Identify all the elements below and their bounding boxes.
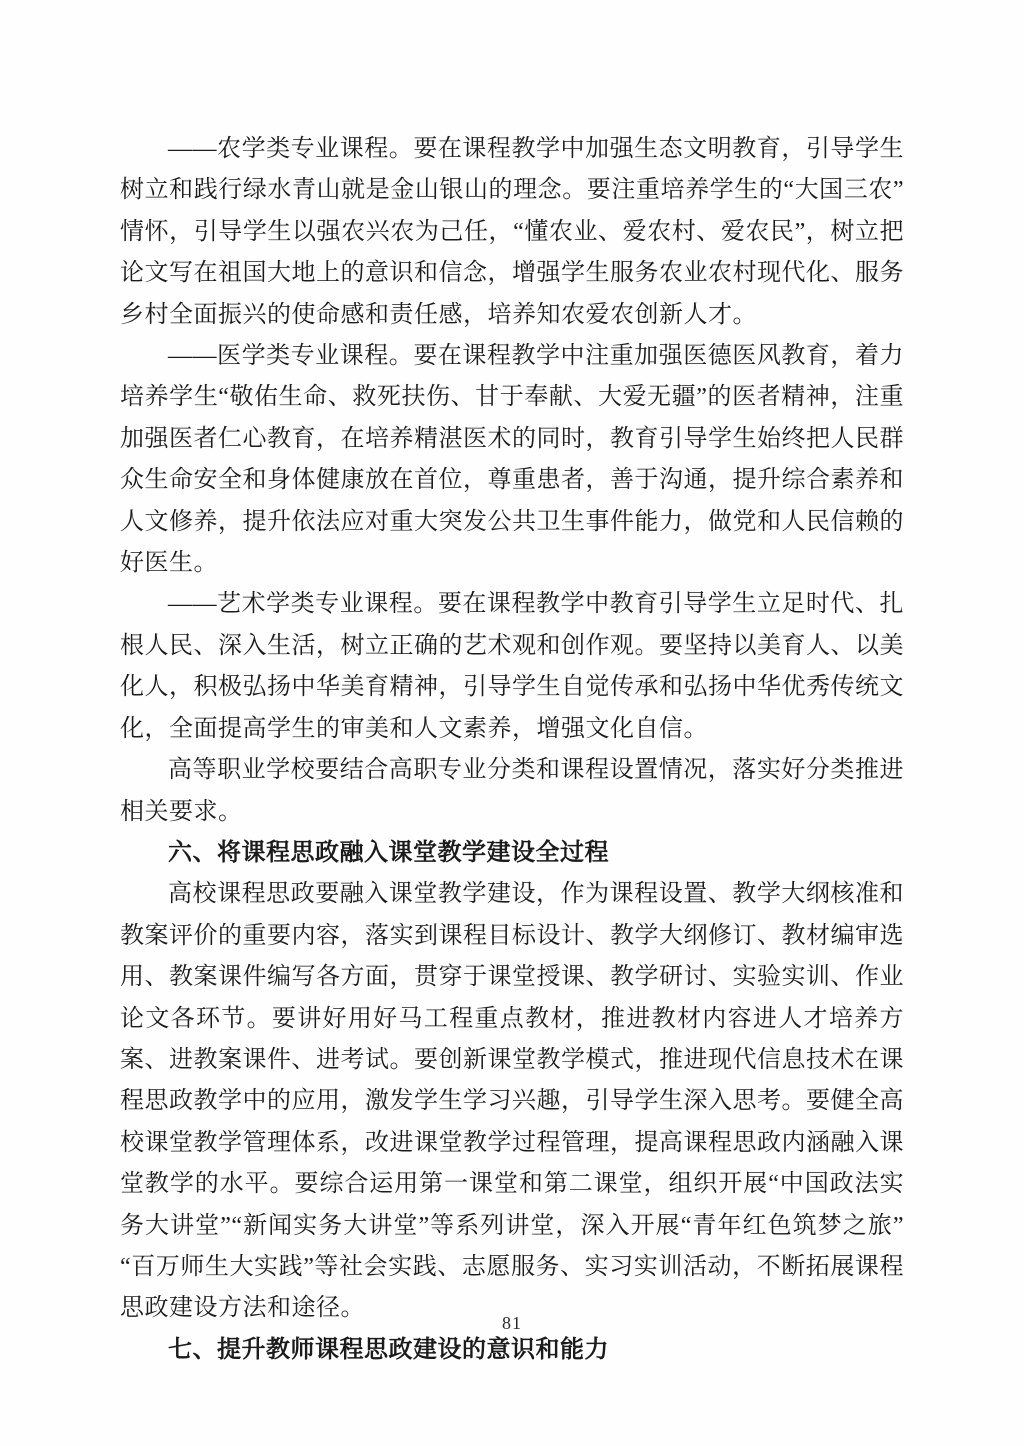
document-body: ——农学类专业课程。要在课程教学中加强生态文明教育，引导学生树立和践行绿水青山就… [120, 129, 904, 1371]
paragraph-vocational-schools: 高等职业学校要结合高职专业分类和课程设置情况，落实好分类推进相关要求。 [120, 750, 904, 833]
document-page: ——农学类专业课程。要在课程教学中加强生态文明教育，引导学生树立和践行绿水青山就… [0, 0, 1024, 1446]
page-number: 81 [0, 1313, 1024, 1334]
heading-section-6: 六、将课程思政融入课堂教学建设全过程 [120, 833, 904, 874]
heading-section-7: 七、提升教师课程思政建设的意识和能力 [120, 1330, 904, 1371]
paragraph-art-courses: ——艺术学类专业课程。要在课程教学中教育引导学生立足时代、扎根人民、深入生活，树… [120, 584, 904, 750]
paragraph-agriculture-courses: ——农学类专业课程。要在课程教学中加强生态文明教育，引导学生树立和践行绿水青山就… [120, 129, 904, 336]
paragraph-medicine-courses: ——医学类专业课程。要在课程教学中注重加强医德医风教育，着力培养学生“敬佑生命、… [120, 336, 904, 584]
paragraph-section-6-body: 高校课程思政要融入课堂教学建设，作为课程设置、教学大纲核准和教案评价的重要内容，… [120, 874, 904, 1329]
